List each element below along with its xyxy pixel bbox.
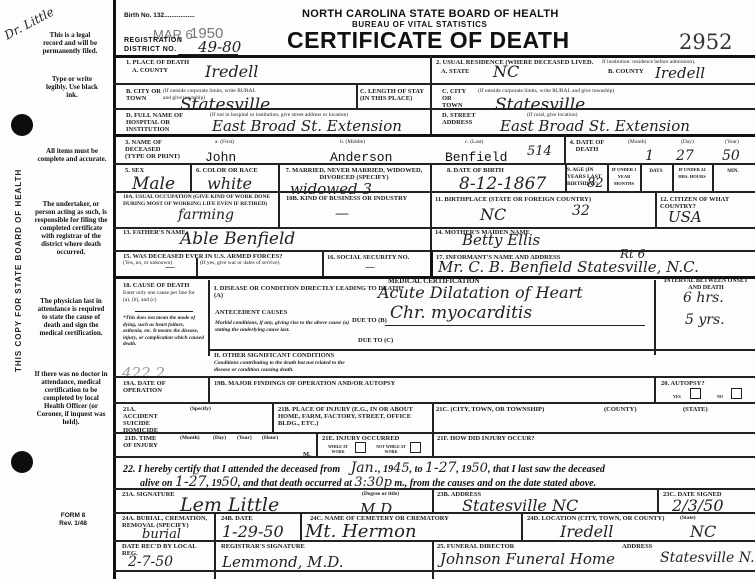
middle-name-label: b. (Middle) [340, 139, 365, 146]
no-doctor-note: If there was no doctor in attendance, me… [34, 370, 108, 426]
burial-state-value: NC [690, 522, 716, 541]
birthplace-label: 11. BIRTHPLACE (State or foreign country… [435, 196, 591, 203]
death-year-value: 50 [722, 148, 740, 164]
header-divider [113, 55, 755, 58]
col-divider [316, 432, 318, 456]
complete-note: All items must be complete and accurate. [36, 147, 108, 163]
col-divider [432, 488, 434, 512]
accident-label: 21a. ACCIDENT SUICIDE HOMICIDE [123, 406, 168, 434]
agency-title: NORTH CAROLINA STATE BOARD OF HEALTH [302, 8, 559, 20]
col-divider [196, 258, 198, 276]
immediate-cause-value: Acute Dilatation of Heart [378, 283, 583, 302]
injury-time-hour: (Hour) [262, 435, 278, 442]
race-label: 6. COLOR OR RACE [196, 167, 258, 174]
hospital-label: d. FULL NAME OF HOSPITAL OR INSTITUTION [126, 112, 186, 133]
row-divider [430, 83, 755, 85]
undertaker-note: The undertaker, or person acting as such… [34, 200, 108, 256]
residence-county-value: Iredell [655, 64, 705, 82]
armed-forces-note2: (If yes, give war or dates of service) [200, 260, 279, 267]
row-divider [113, 432, 755, 434]
autopsy-no-checkbox[interactable] [731, 388, 742, 399]
age-value: 82 [587, 176, 604, 191]
birthplace-value: NC [480, 205, 506, 224]
street-label: d. STREET ADDRESS [442, 112, 482, 126]
autopsy-yes-label: YES [673, 393, 681, 400]
date-of-death-label: 4. DATE OF DEATH [568, 139, 606, 153]
physician-note: The physician last in attendance is requ… [34, 297, 108, 337]
under-year-days-label: Days [642, 168, 670, 175]
funeral-director-address-value: Statesville N.C. [660, 550, 755, 566]
burial-location-value: Iredell [560, 522, 613, 541]
armed-forces-label: 15. WAS DECEASED EVER IN U.S. ARMED FORC… [123, 253, 283, 260]
col-divider [190, 163, 192, 191]
col-divider [657, 488, 659, 512]
hospital-value: East Broad St. Extension [212, 117, 402, 135]
signature-label: 23a. SIGNATURE [122, 491, 175, 498]
occupation-label: 10a. USUAL OCCUPATION (Give kind of work… [123, 194, 278, 208]
residence-state-value: NC [493, 62, 519, 81]
business-label: 10b. KIND OF BUSINESS OR INDUSTRY [286, 195, 426, 202]
cemetery-value: Mt. Hermon [305, 521, 417, 542]
form-number: FORM 8 Rev. 1/48 [48, 512, 98, 528]
col-divider [430, 250, 433, 277]
antecedent-note: Morbid conditions, if any, giving rise t… [215, 320, 350, 334]
row-divider [113, 402, 755, 404]
business-value: — [335, 206, 349, 222]
row-divider [113, 250, 755, 252]
col-divider [356, 83, 358, 108]
burial-state-label: (State) [680, 515, 696, 522]
certificate-number: 2952 [679, 30, 732, 54]
birth-no-label: Birth No. 132................. [124, 12, 195, 19]
section-divider [113, 134, 755, 137]
col-divider [208, 280, 210, 356]
received-date-value: 2-7-50 [128, 554, 173, 570]
informant-value: Mr. C. B. Benfield Statesville, N.C. [438, 258, 699, 276]
funeral-director-label: 25. FUNERAL DIRECTOR [437, 543, 514, 550]
street-value: East Broad St. Extension [500, 117, 690, 135]
name-annotation: 514 [527, 144, 552, 159]
marital-label: 7. MARRIED, NEVER MARRIED, WIDOWED, DIVO… [284, 167, 424, 181]
bottom-border [113, 570, 755, 572]
injury-city-label: 21c. (CITY, TOWN, OR TOWNSHIP) [436, 406, 544, 413]
col-divider [432, 402, 434, 432]
row-divider [208, 349, 755, 351]
birthplace-extra: 32 [572, 203, 590, 219]
col-divider [654, 376, 656, 402]
death-city-label: b. CITY OR TOWN [126, 88, 161, 102]
form-rev-text: Rev. 1/48 [48, 520, 98, 528]
under-year-months-label: IF UNDER 1 YEAR Months [609, 166, 639, 187]
sex-label: 5. SEX [125, 167, 144, 174]
burial-location-label: 24d. LOCATION (City, town, or county) [527, 515, 664, 522]
ink-note: Type or write legibly. Use black ink. [42, 75, 102, 99]
ssn-label: 16. SOCIAL SECURITY NO. [327, 254, 409, 261]
other-conditions-note: Conditions contributing to the death but… [214, 360, 354, 374]
injury-place-label: 21b. PLACE OF INJURY (e.g., in or about … [278, 406, 428, 427]
district-text: DISTRICT NO. [124, 45, 182, 54]
injury-county-label: (COUNTY) [604, 406, 637, 413]
operation-findings-label: 19b. MAJOR FINDINGS OF OPERATION AND/OR … [214, 380, 395, 387]
row-divider [113, 108, 755, 110]
operation-date-label: 19a. DATE OF OPERATION [123, 380, 203, 394]
col-divider [214, 512, 216, 579]
note-divider [135, 311, 193, 312]
row-divider [113, 191, 755, 193]
due-to-c-label: DUE TO (c) [358, 337, 393, 344]
father-label: 13. FATHER'S NAME [123, 229, 186, 236]
burial-date-label: 24b. DATE [221, 515, 253, 522]
while-at-work-checkbox[interactable] [355, 442, 366, 453]
under-24h-hours-label: IF UNDER 24 HRS. Hours [674, 166, 710, 180]
citizen-value: USA [668, 208, 702, 226]
last-name-label: c. (Last) [465, 139, 483, 146]
other-conditions-label: II. OTHER SIGNIFICANT CONDITIONS [214, 352, 334, 359]
antecedent-label: ANTECEDENT CAUSES [215, 309, 287, 316]
col-divider [272, 402, 274, 432]
row-divider [113, 163, 755, 165]
col-divider [430, 191, 432, 227]
cause-of-death-label: 18. CAUSE OF DEATH [123, 282, 189, 289]
death-year-label: (Year) [725, 139, 739, 146]
registrar-signature-label: REGISTRAR'S SIGNATURE [221, 543, 305, 550]
center-divider [430, 55, 432, 135]
injury-state-label: (STATE) [683, 406, 708, 413]
under-24h-min-label: Min. [715, 168, 751, 175]
death-day-value: 27 [676, 148, 694, 164]
autopsy-no-label: NO [717, 393, 723, 400]
page-title: CERTIFICATE OF DEATH [287, 27, 570, 54]
injury-time-day: (Day) [213, 435, 226, 442]
row-divider [113, 512, 755, 514]
vertical-copy-label: THIS COPY FOR STATE BOARD OF HEALTH [14, 169, 23, 372]
while-at-work-label: WHILE AT WORK [322, 444, 354, 454]
accident-specify-label: (Specify) [190, 406, 211, 413]
not-while-at-work-label: NOT WHILE AT WORK [373, 444, 409, 454]
col-divider [432, 540, 434, 579]
interval-b-value: 5 yrs. [685, 312, 725, 328]
mother-value: Betty Ellis [462, 231, 540, 249]
punch-hole-icon [11, 451, 33, 473]
burial-date-value: 1-29-50 [222, 522, 284, 541]
legal-record-note: This is a legal record and will be perma… [40, 31, 100, 55]
injury-time-label: 21d. TIME OF INJURY [123, 435, 158, 449]
deceased-name-label: 3. NAME OF DECEASED (Type or Print) [125, 139, 180, 160]
col-divider [654, 280, 656, 355]
armed-forces-value: — [165, 262, 175, 273]
col-divider [322, 250, 324, 277]
mode-of-dying-note: *This does not mean the mode of dying, s… [123, 315, 205, 348]
death-county-label: a. COUNTY [132, 67, 168, 74]
due-to-b-label: DUE TO (b) [352, 317, 387, 324]
residence-state-label: a. STATE [441, 68, 469, 75]
col-divider [208, 376, 210, 402]
funeral-director-address-label: ADDRESS [622, 543, 652, 550]
residence-city-note: (If outside corporate limits, write RURA… [478, 88, 748, 95]
residence-county-label: b. COUNTY [608, 68, 644, 75]
registration-text: REGISTRATION [124, 36, 182, 45]
dob-label: 8. DATE OF BIRTH [447, 167, 504, 174]
injury-time-year: (Year) [237, 435, 252, 442]
autopsy-yes-checkbox[interactable] [690, 388, 701, 399]
row-divider [113, 488, 755, 490]
death-county-value: Iredell [205, 62, 258, 81]
length-of-stay-label: c. LENGTH OF STAY (in this place) [360, 88, 428, 102]
injury-occurred-label: 21e. INJURY OCCURRED [322, 435, 399, 442]
death-day-label: (Day) [681, 139, 694, 146]
due-to-b-line [385, 325, 645, 326]
funeral-director-value: Johnson Funeral Home [440, 550, 615, 568]
injury-time-month: (Month) [180, 435, 200, 442]
death-month-label: (Month) [628, 139, 646, 146]
col-divider [430, 227, 432, 251]
interval-a-value: 6 hrs. [683, 290, 724, 306]
residence-city-label: c. CITY OR TOWN [442, 88, 472, 109]
row-divider [113, 83, 430, 85]
how-injury-label: 21f. HOW DID INJURY OCCUR? [437, 435, 535, 442]
registration-district-label: REGISTRATION DISTRICT NO. [124, 36, 182, 54]
autopsy-label: 20. AUTOPSY? [661, 380, 705, 387]
not-while-at-work-checkbox[interactable] [410, 442, 421, 453]
row-divider [113, 456, 755, 458]
father-value: Able Benfield [180, 229, 295, 249]
col-divider [432, 432, 434, 456]
col-divider [655, 191, 657, 227]
ssn-value: — [365, 262, 375, 273]
col-divider [430, 163, 432, 191]
col-divider [278, 163, 280, 227]
occupation-value: farming [178, 207, 234, 223]
row-divider [113, 540, 755, 542]
registrar-signature: Lemmond, M.D. [222, 553, 344, 571]
col-divider [300, 512, 302, 540]
first-name-label: a. (First) [215, 139, 234, 146]
degree-label: (Degree or title) [362, 491, 399, 498]
due-to-b-value: Chr. myocarditis [390, 303, 532, 323]
punch-hole-icon [11, 114, 33, 136]
col-divider [521, 512, 523, 540]
form-no-text: FORM 8 [48, 512, 98, 520]
col-divider [564, 134, 566, 164]
cause-note: Enter only one cause per line for (a), (… [123, 290, 203, 304]
col-divider [712, 163, 714, 191]
death-month-value: 1 [645, 148, 654, 164]
place-of-death-label: 1. PLACE OF DEATH [126, 59, 189, 66]
form-left-border [113, 0, 116, 579]
